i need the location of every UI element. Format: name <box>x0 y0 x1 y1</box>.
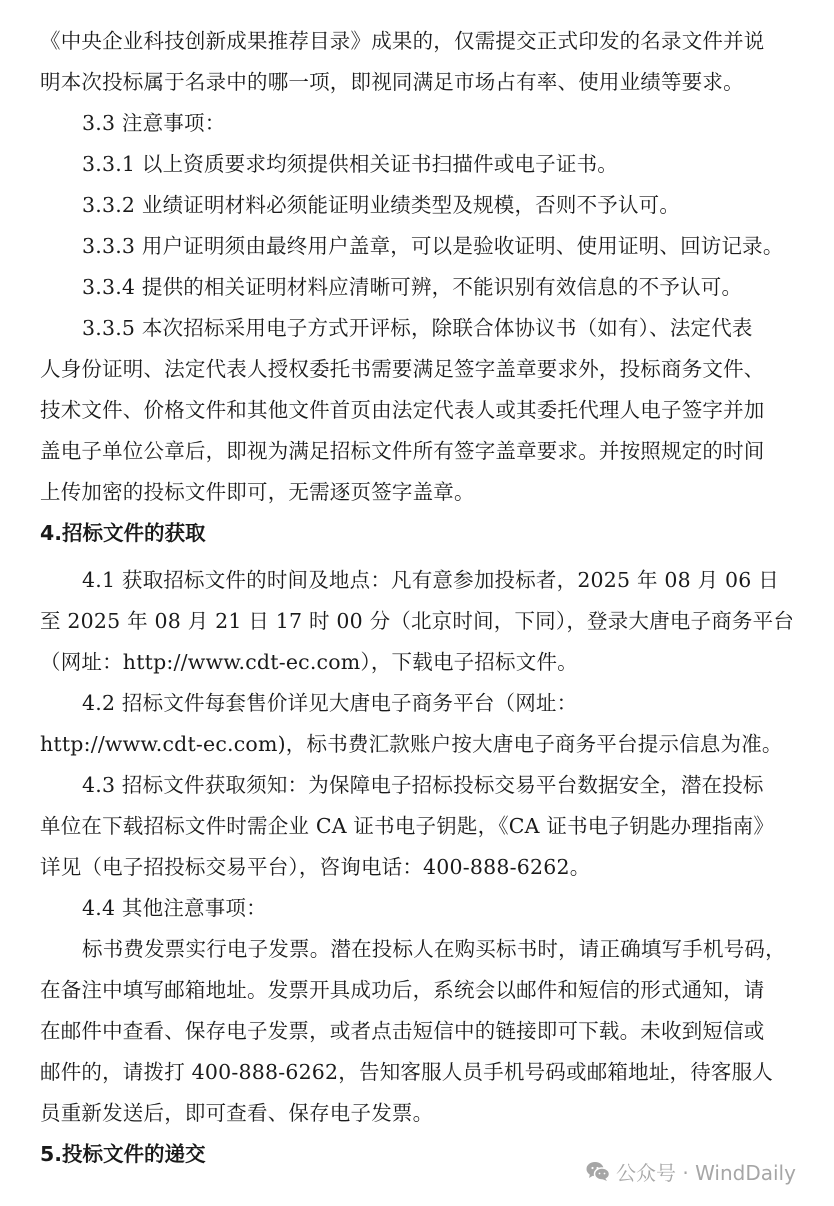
clause-3-3-5: 3.3.5 本次招标采用电子方式开评标，除联合体协议书（如有）、法定代表 <box>40 308 830 349</box>
section-heading-4: 4.招标文件的获取 <box>40 513 830 554</box>
text-line: 至 2025 年 08 月 21 日 17 时 00 分（北京时间，下同），登录… <box>40 601 830 642</box>
text-line: 技术文件、价格文件和其他文件首页由法定代表人或其委托代理人电子签字并加 <box>40 390 830 431</box>
text-line: 标书费发票实行电子发票。潜在投标人在购买标书时，请正确填写手机号码， <box>40 929 830 970</box>
text-line: 在邮件中查看、保存电子发票，或者点击短信中的链接即可下载。未收到短信或 <box>40 1011 830 1052</box>
text-line: 上传加密的投标文件即可，无需逐页签字盖章。 <box>40 472 830 513</box>
text-line: 《中央企业科技创新成果推荐目录》成果的，仅需提交正式印发的名录文件并说 <box>40 21 830 62</box>
watermark: 公众号 · WindDaily <box>586 1157 796 1186</box>
document-page: 《中央企业科技创新成果推荐目录》成果的，仅需提交正式印发的名录文件并说 明本次投… <box>40 21 830 1175</box>
clause-3-3-2: 3.3.2 业绩证明材料必须能证明业绩类型及规模，否则不予认可。 <box>40 185 830 226</box>
text-line: 在备注中填写邮箱地址。发票开具成功后，系统会以邮件和短信的形式通知，请 <box>40 970 830 1011</box>
text-line: 详见（电子招投标交易平台），咨询电话：400-888-6262。 <box>40 847 830 888</box>
text-line: 员重新发送后，即可查看、保存电子发票。 <box>40 1093 830 1134</box>
wechat-icon <box>586 1161 610 1182</box>
text-line: 单位在下载招标文件时需企业 CA 证书电子钥匙，《CA 证书电子钥匙办理指南》 <box>40 806 830 847</box>
clause-3-3-1: 3.3.1 以上资质要求均须提供相关证书扫描件或电子证书。 <box>40 144 830 185</box>
clause-4-4: 4.4 其他注意事项： <box>40 888 830 929</box>
text-line: 盖电子单位公章后，即视为满足招标文件所有签字盖章要求。并按照规定的时间 <box>40 431 830 472</box>
clause-4-2: 4.2 招标文件每套售价详见大唐电子商务平台（网址： <box>40 683 830 724</box>
text-line: http://www.cdt-ec.com)，标书费汇款账户按大唐电子商务平台提… <box>40 724 830 765</box>
text-line: 邮件的，请拨打 400-888-6262，告知客服人员手机号码或邮箱地址，待客服… <box>40 1052 830 1093</box>
text-line: 人身份证明、法定代表人授权委托书需要满足签字盖章要求外，投标商务文件、 <box>40 349 830 390</box>
clause-3-3-4: 3.3.4 提供的相关证明材料应清晰可辨，不能识别有效信息的不予认可。 <box>40 267 830 308</box>
clause-3-3-3: 3.3.3 用户证明须由最终用户盖章，可以是验收证明、使用证明、回访记录。 <box>40 226 830 267</box>
clause-4-3: 4.3 招标文件获取须知：为保障电子招标投标交易平台数据安全，潜在投标 <box>40 765 830 806</box>
watermark-text: 公众号 · WindDaily <box>616 1157 796 1186</box>
clause-4-1: 4.1 获取招标文件的时间及地点：凡有意参加投标者，2025 年 08 月 06… <box>40 560 830 601</box>
section-3-3-label: 3.3 注意事项： <box>40 103 830 144</box>
text-line: （网址：http://www.cdt-ec.com），下载电子招标文件。 <box>40 642 830 683</box>
text-line: 明本次投标属于名录中的哪一项，即视同满足市场占有率、使用业绩等要求。 <box>40 62 830 103</box>
